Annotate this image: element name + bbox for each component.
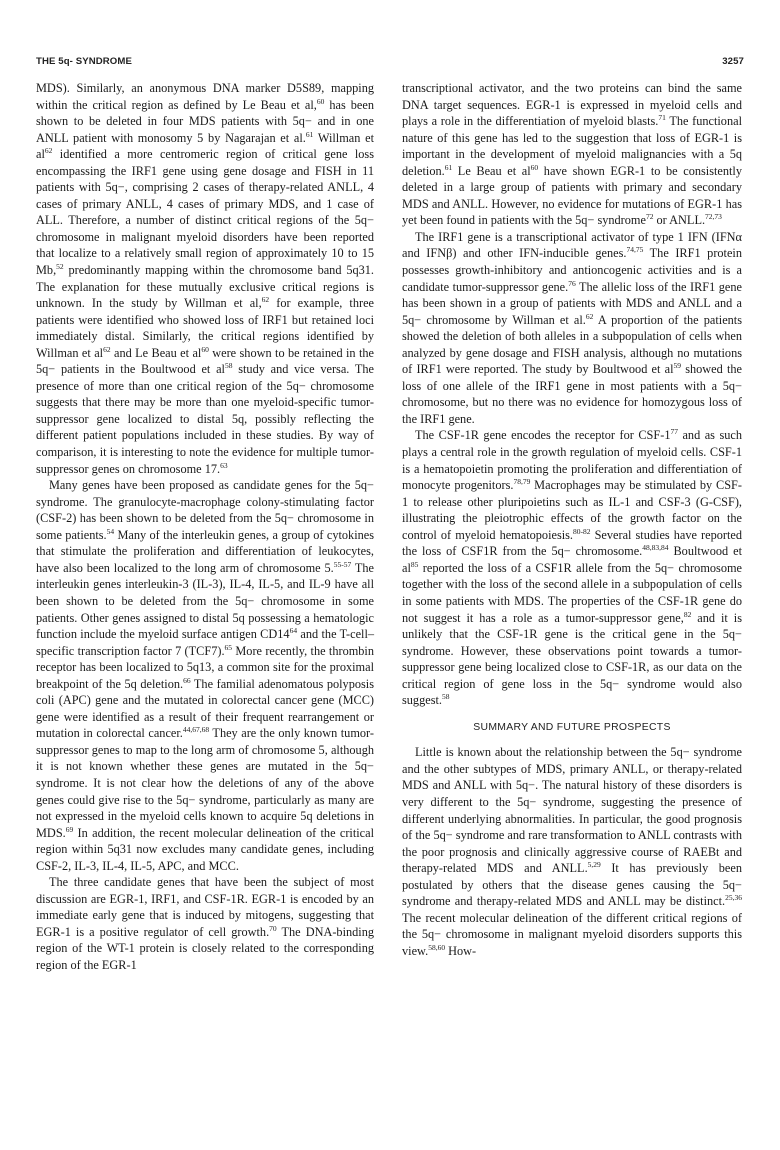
body-paragraph: Many genes have been proposed as candida…	[36, 477, 374, 874]
citation-superscript: 61	[306, 130, 314, 139]
section-heading: SUMMARY AND FUTURE PROSPECTS	[402, 720, 742, 737]
running-title: THE 5q- SYNDROME	[36, 56, 132, 67]
left-column-body: MDS). Similarly, an anonymous DNA marker…	[36, 80, 374, 974]
citation-superscript: 60	[201, 345, 209, 354]
citation-superscript: 78,79	[513, 477, 530, 486]
citation-superscript: 72,73	[705, 212, 722, 221]
citation-superscript: 69	[66, 825, 74, 834]
citation-superscript: 58,60	[428, 943, 445, 952]
citation-superscript: 62	[586, 312, 594, 321]
citation-superscript: 58	[442, 692, 450, 701]
citation-superscript: 76	[568, 279, 576, 288]
citation-superscript: 59	[674, 361, 682, 370]
citation-superscript: 61	[445, 163, 453, 172]
citation-superscript: 66	[183, 676, 191, 685]
page-number: 3257	[722, 56, 744, 67]
citation-superscript: 60	[317, 97, 325, 106]
citation-superscript: 54	[107, 527, 115, 536]
citation-superscript: 62	[262, 295, 270, 304]
citation-superscript: 55-57	[334, 560, 352, 569]
citation-superscript: 71	[658, 113, 666, 122]
citation-superscript: 72	[646, 212, 654, 221]
citation-superscript: 44,67,68	[183, 725, 209, 734]
left-column: MDS). Similarly, an anonymous DNA marker…	[36, 80, 374, 974]
citation-superscript: 82	[684, 610, 692, 619]
citation-superscript: 48,83,84	[642, 543, 668, 552]
citation-superscript: 65	[225, 643, 233, 652]
citation-superscript: 74,75	[626, 245, 643, 254]
citation-superscript: 80-82	[573, 527, 591, 536]
citation-superscript: 70	[269, 924, 277, 933]
right-column: transcriptional activator, and the two p…	[402, 80, 742, 959]
citation-superscript: 77	[670, 427, 678, 436]
body-paragraph: The CSF-1R gene encodes the receptor for…	[402, 427, 742, 708]
right-column-body-before-heading: transcriptional activator, and the two p…	[402, 80, 742, 709]
body-paragraph: Little is known about the relationship b…	[402, 744, 742, 959]
citation-superscript: 62	[103, 345, 111, 354]
body-paragraph: MDS). Similarly, an anonymous DNA marker…	[36, 80, 374, 477]
citation-superscript: 85	[411, 560, 419, 569]
citation-superscript: 5,29	[588, 860, 601, 869]
citation-superscript: 60	[531, 163, 539, 172]
citation-superscript: 64	[290, 626, 298, 635]
body-paragraph: The IRF1 gene is a transcriptional activ…	[402, 229, 742, 428]
citation-superscript: 58	[225, 361, 233, 370]
citation-superscript: 63	[220, 461, 228, 470]
citation-superscript: 52	[56, 262, 64, 271]
running-head: THE 5q- SYNDROME 3257	[24, 56, 744, 70]
citation-superscript: 25,36	[725, 893, 742, 902]
body-paragraph: The three candidate genes that have been…	[36, 874, 374, 973]
body-paragraph: transcriptional activator, and the two p…	[402, 80, 742, 229]
citation-superscript: 62	[45, 146, 53, 155]
right-column-body-after-heading: Little is known about the relationship b…	[402, 744, 742, 959]
